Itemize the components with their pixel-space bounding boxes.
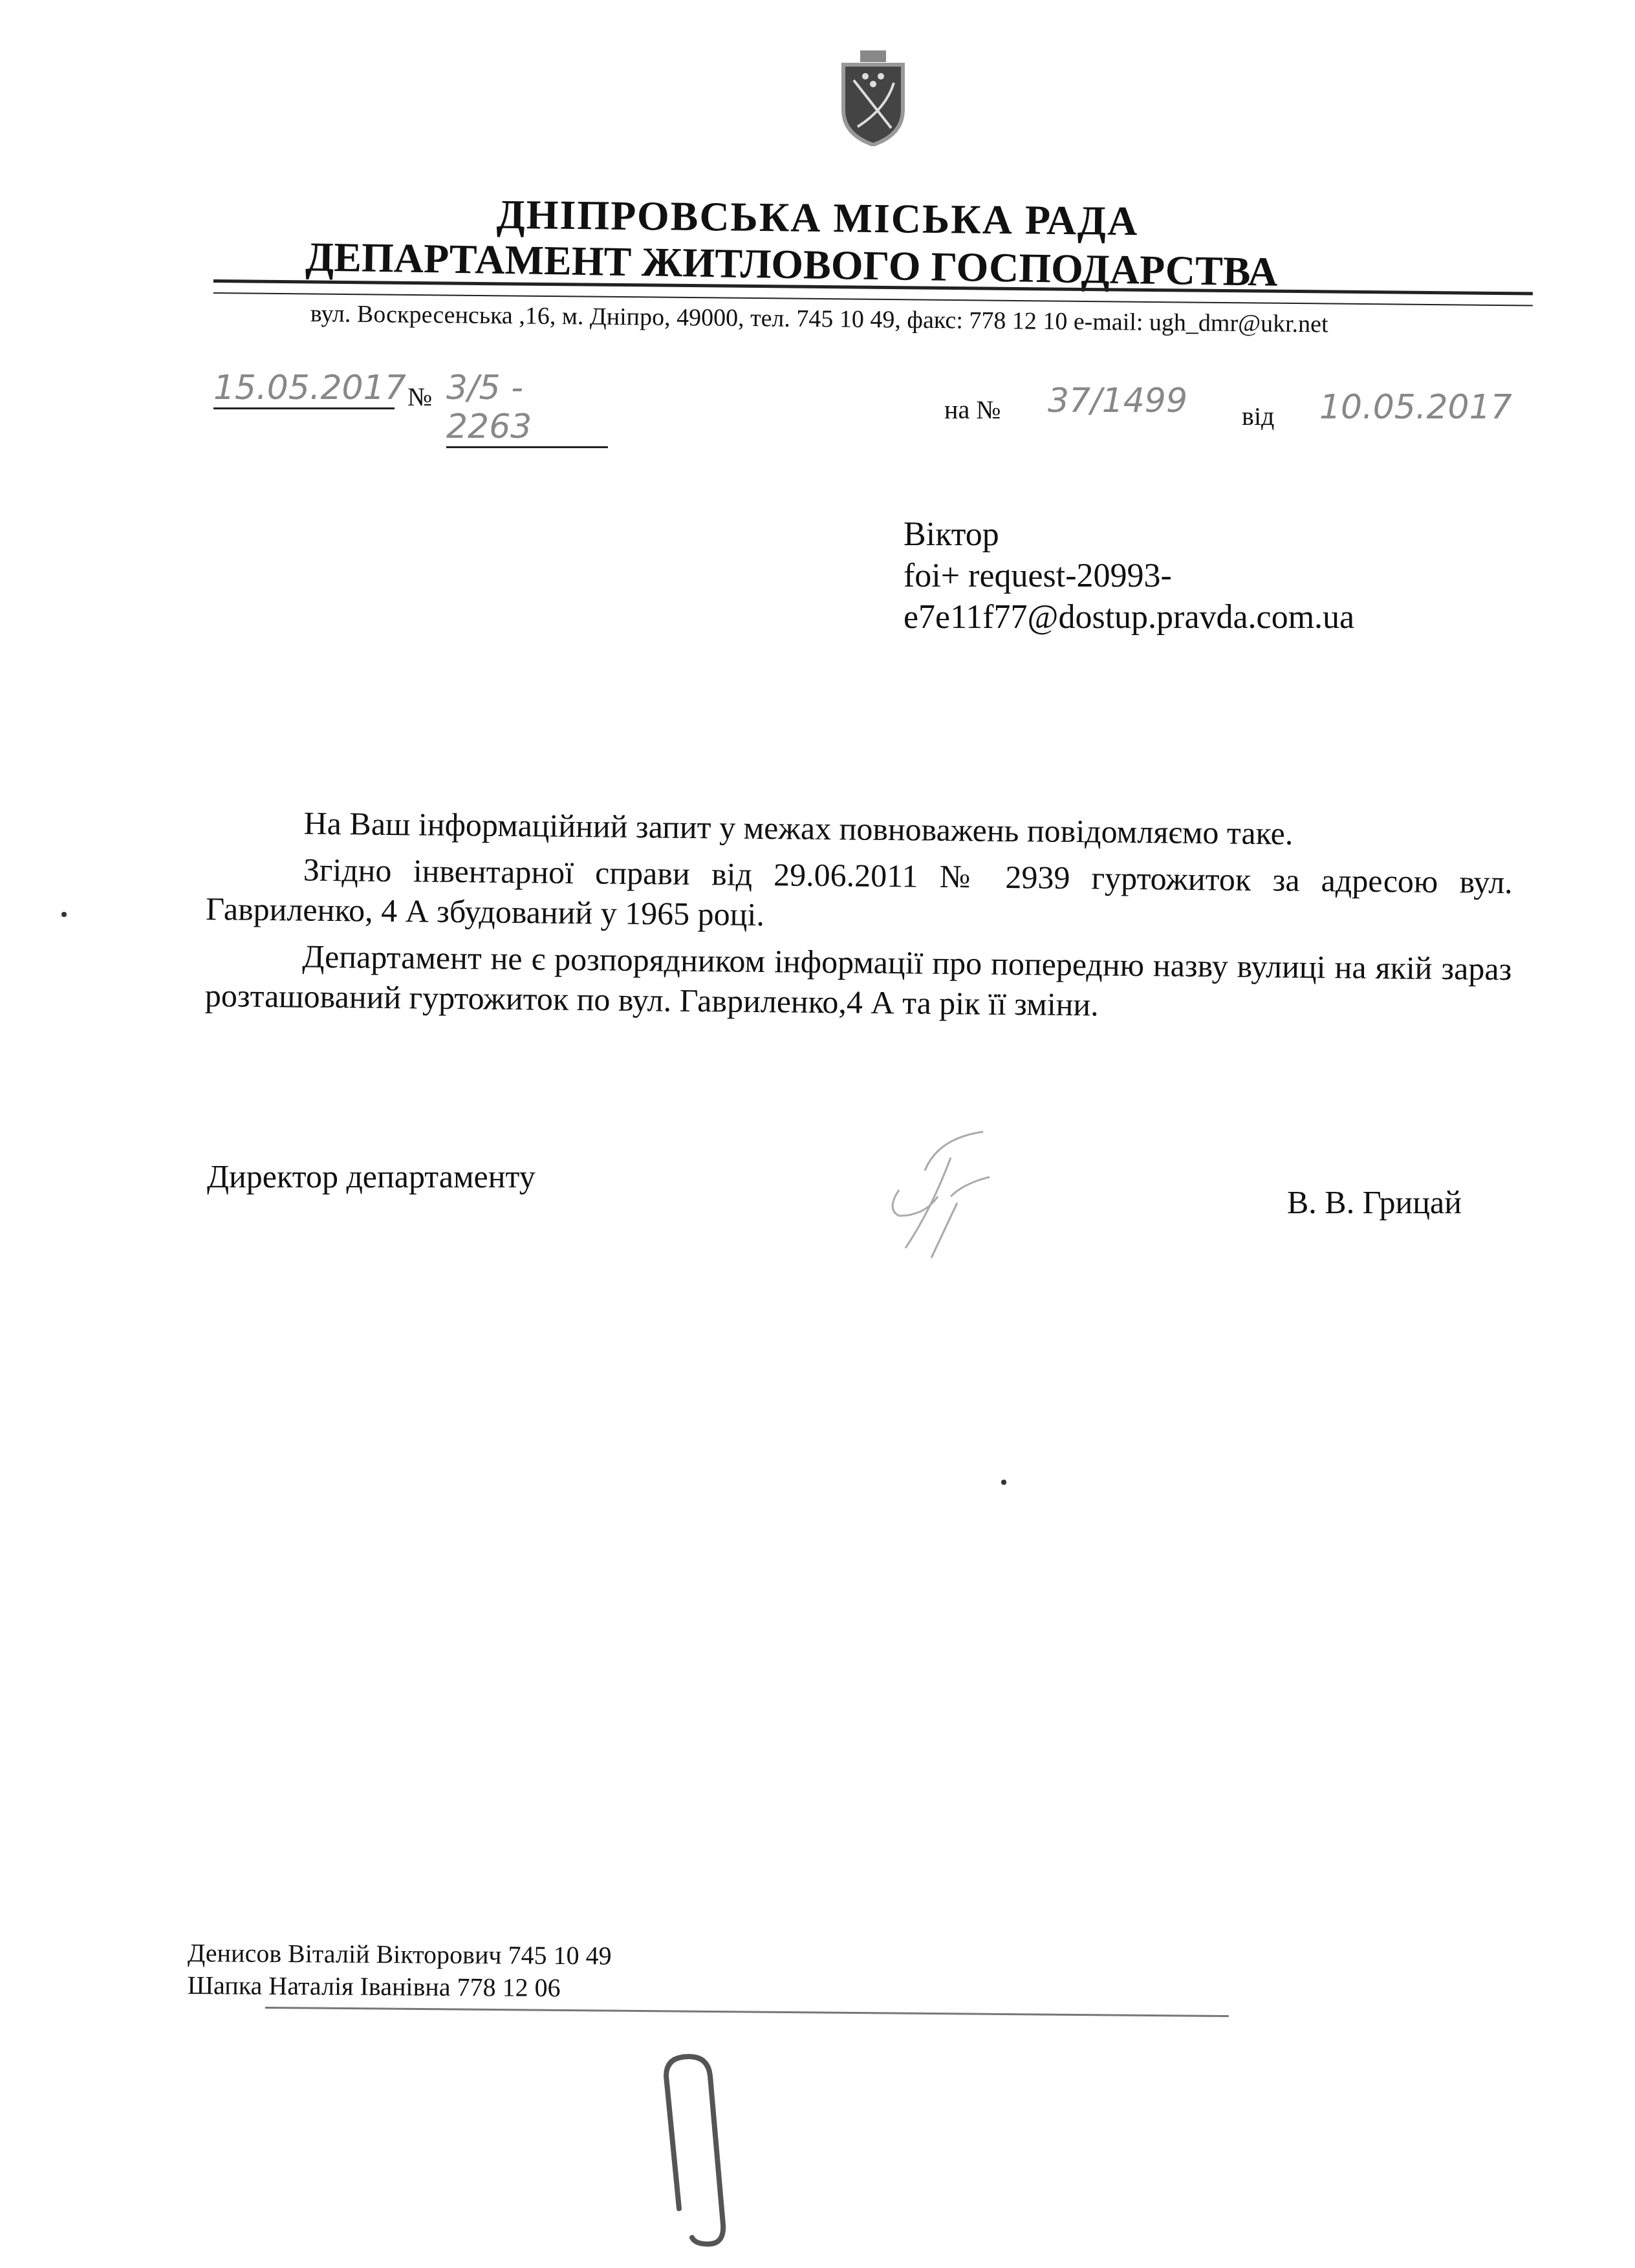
body-paragraph: Згідно інвентарної справи від 29.06.2011… — [206, 848, 1513, 942]
letter-body: На Ваш інформаційний запит у межах повно… — [204, 802, 1513, 1035]
addressee-email-line1: foi+ request-20993- — [904, 556, 1354, 597]
scan-speck — [61, 912, 67, 917]
registration-number: 3/5 - 2263 — [446, 369, 608, 448]
reply-to-date: 10.05.2017 — [1319, 388, 1512, 427]
paperclip-icon — [660, 2050, 731, 2251]
contact-line: Шапка Наталія Іванівна 778 12 06 — [188, 1969, 612, 2005]
addressee-name: Віктор — [904, 514, 1354, 556]
body-paragraph: Департамент не є розпорядником інформаці… — [205, 935, 1512, 1029]
contact-persons: Денисов Віталій Вікторович 745 10 49 Шап… — [188, 1937, 612, 2005]
handwritten-signature-icon — [860, 1119, 1093, 1261]
city-coat-of-arms-icon — [834, 50, 912, 146]
department-address: вул. Воскресенська ,16, м. Дніпро, 49000… — [310, 299, 1328, 338]
scan-speck — [1001, 1480, 1006, 1485]
addressee-email-line2: e7e11f77@dostup.pravda.com.ua — [904, 597, 1354, 638]
signatory-name: В. В. Грицай — [1287, 1183, 1462, 1221]
footer-rule — [265, 2007, 1229, 2017]
addressee: Віктор foi+ request-20993- e7e11f77@dost… — [904, 514, 1354, 638]
contact-line: Денисов Віталій Вікторович 745 10 49 — [188, 1937, 612, 1972]
reply-from-label: від — [1242, 401, 1274, 431]
registration-date: 15.05.2017 — [213, 369, 395, 409]
reply-to-label: на № — [944, 394, 1001, 425]
signatory-position: Директор департаменту — [207, 1158, 536, 1195]
registration-number-label: № — [407, 382, 432, 412]
body-paragraph: На Ваш інформаційний запит у межах повно… — [206, 802, 1513, 856]
reply-to-number: 37/1499 — [1048, 382, 1187, 420]
